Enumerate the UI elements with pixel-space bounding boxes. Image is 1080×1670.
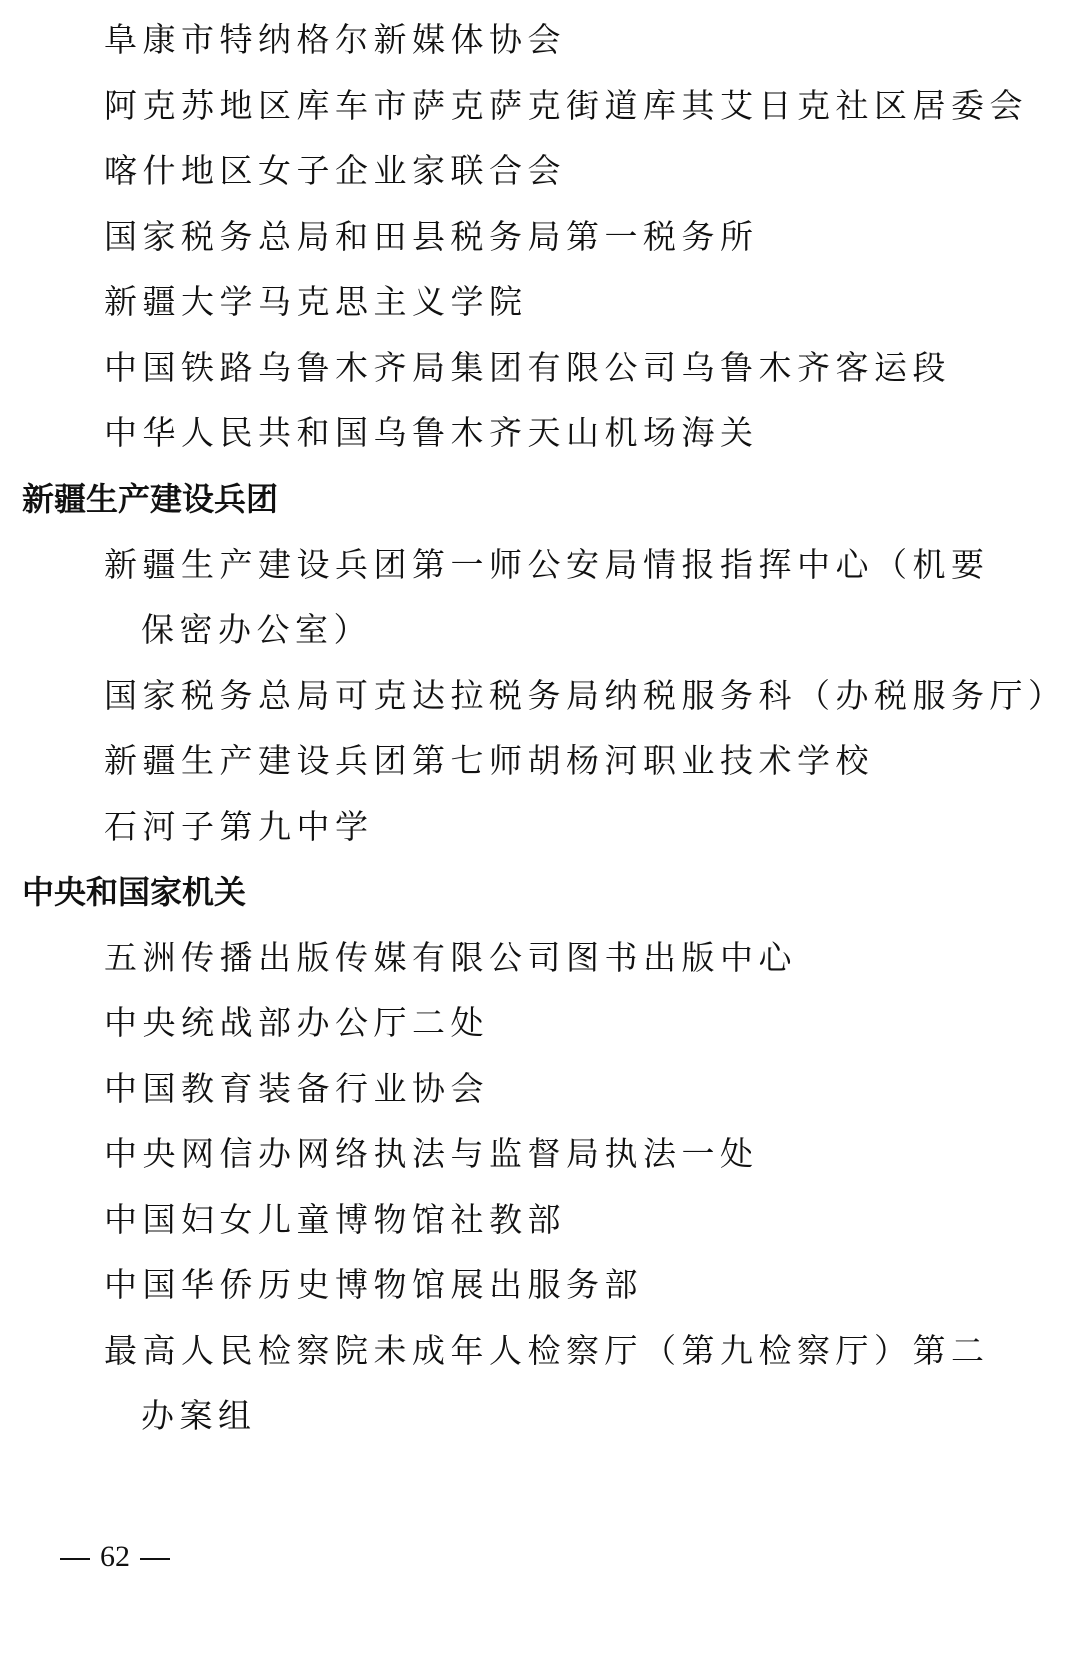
list-item: 中国铁路乌鲁木齐局集团有限公司乌鲁木齐客运段 — [104, 348, 951, 388]
list-item: 新疆大学马克思主义学院 — [104, 282, 528, 322]
list-item-continuation: 办案组 — [141, 1396, 257, 1436]
list-item-continuation: 保密办公室） — [141, 610, 372, 650]
list-item: 新疆生产建设兵团第一师公安局情报指挥中心（机要 — [104, 545, 990, 585]
list-item: 中国华侨历史博物馆展出服务部 — [104, 1265, 643, 1305]
list-item: 中华人民共和国乌鲁木齐天山机场海关 — [104, 413, 759, 453]
dash-left-icon — [60, 1558, 90, 1560]
document-page: 阜康市特纳格尔新媒体协会 阿克苏地区库车市萨克萨克街道库其艾日克社区居委会 喀什… — [0, 0, 1080, 1670]
list-item: 中央网信办网络执法与监督局执法一处 — [104, 1134, 759, 1174]
list-item: 五洲传播出版传媒有限公司图书出版中心 — [104, 938, 797, 978]
list-item: 阜康市特纳格尔新媒体协会 — [104, 20, 566, 60]
list-item: 石河子第九中学 — [104, 807, 374, 847]
list-item: 新疆生产建设兵团第七师胡杨河职业技术学校 — [104, 741, 874, 781]
dash-right-icon — [140, 1558, 170, 1560]
list-item: 中国妇女儿童博物馆社教部 — [104, 1200, 566, 1240]
list-item: 国家税务总局和田县税务局第一税务所 — [104, 217, 759, 257]
list-item: 中国教育装备行业协会 — [104, 1069, 489, 1109]
list-item: 中央统战部办公厅二处 — [104, 1003, 489, 1043]
section-heading: 中央和国家机关 — [22, 872, 246, 912]
section-heading: 新疆生产建设兵团 — [22, 479, 278, 519]
page-number: 62 — [50, 1537, 180, 1577]
list-item: 阿克苏地区库车市萨克萨克街道库其艾日克社区居委会 — [104, 86, 1028, 126]
page-number-value: 62 — [100, 1540, 130, 1573]
list-item: 国家税务总局可克达拉税务局纳税服务科（办税服务厅） — [104, 676, 1067, 716]
list-item: 喀什地区女子企业家联合会 — [104, 151, 566, 191]
list-item: 最高人民检察院未成年人检察厅（第九检察厅）第二 — [104, 1331, 990, 1371]
